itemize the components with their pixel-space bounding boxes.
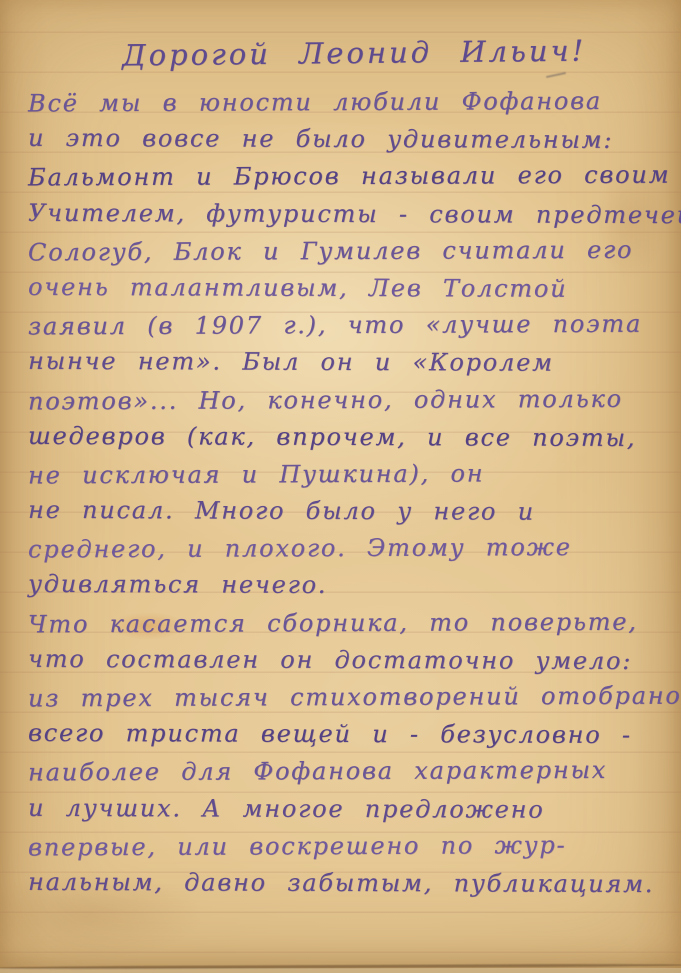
letter-line: шедевров (как, впрочем, и все поэты, — [28, 418, 675, 457]
letter-line: Всё мы в юности любили Фофанова — [28, 83, 675, 123]
letter-line: Сологуб, Блок и Гумилев считали его — [28, 231, 675, 271]
letter-line: среднего, и плохого. Этому тоже — [28, 529, 675, 569]
letter-line: очень талантливым, Лев Толстой — [28, 269, 675, 308]
letter-line: что составлен он достаточно умело: — [28, 641, 675, 680]
letter-line: не исключая и Пушкина), он — [28, 454, 675, 494]
letter-page: Дорогой Леонид Ильич! Всё мы в юности лю… — [0, 0, 681, 973]
letter-line: поэтов»... Но, конечно, одних только — [28, 380, 675, 420]
letter-line: удивляться нечего. — [28, 566, 675, 605]
letter-line: нынче нет». Был он и «Королем — [28, 343, 675, 382]
letter-line: всего триста вещей и - безусловно - — [28, 715, 675, 754]
letter-line: и лучших. А многое предложено — [28, 789, 675, 828]
letter-line: наиболее для Фофанова характерных — [28, 752, 675, 792]
letter-line: впервые, или воскрешено по жур- — [28, 826, 675, 866]
letter-line: не писал. Много было у него и — [28, 492, 675, 531]
letter-line: нальным, давно забытым, публикациям. — [28, 864, 675, 903]
pencil-mark — [546, 72, 566, 78]
letter-line: Бальмонт и Брюсов называли его своим — [28, 157, 675, 197]
letter-body: Всё мы в юности любили Фофанова и это во… — [28, 84, 675, 902]
letter-line: Что касается сборника, то поверьте, — [28, 603, 675, 643]
letter-line: из трех тысяч стихотворений отобрано — [28, 678, 675, 718]
letter-line: и это вовсе не было удивительным: — [28, 120, 675, 159]
salutation: Дорогой Леонид Ильич! — [122, 34, 587, 73]
letter-line: заявил (в 1907 г.), что «лучше поэта — [28, 306, 675, 346]
letter-line: Учителем, футуристы - своим предтечей, — [28, 194, 675, 233]
